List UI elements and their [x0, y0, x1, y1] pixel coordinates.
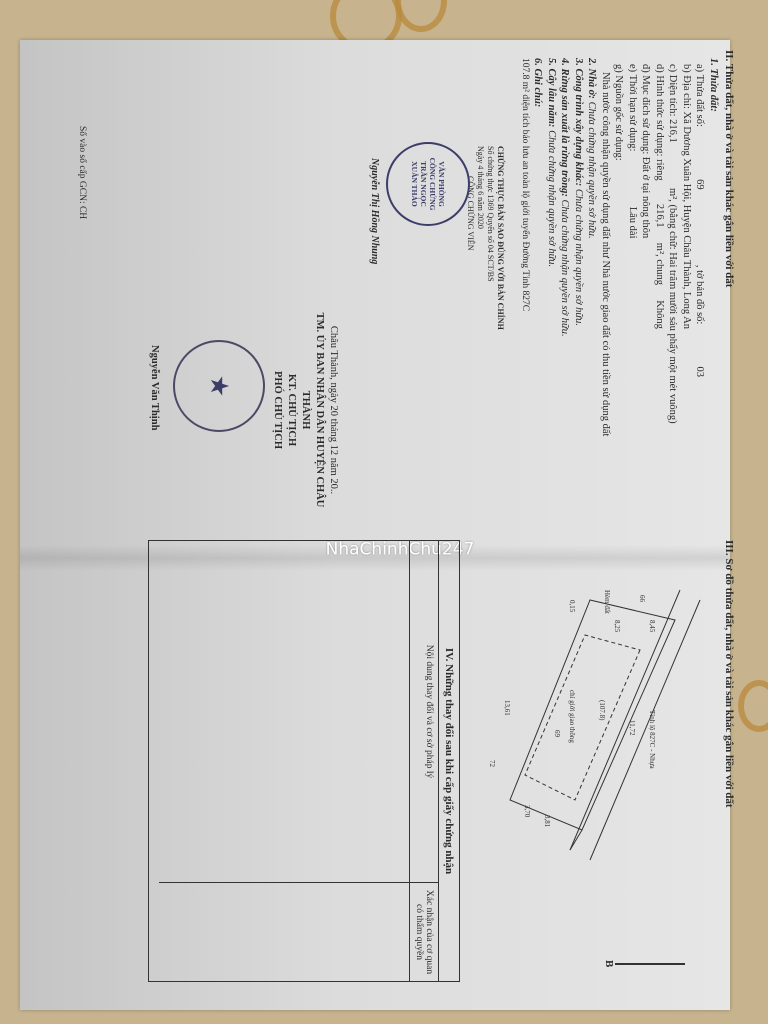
plot-number: 69	[693, 130, 707, 190]
note-heading: 6. Ghi chú:	[531, 50, 545, 520]
section-ii: II. Thửa đất, nhà ở và tài sản khác gắn …	[45, 50, 735, 520]
svg-text:69: 69	[553, 730, 561, 738]
svg-text:(107.8): (107.8)	[598, 700, 606, 721]
term-line: e) Thời hạn sử dụng: Lâu dài	[626, 50, 640, 520]
item-construction: 3. Công trình xây dựng khác: Chưa chứng …	[572, 50, 586, 520]
notary-signer: Nguyễn Thị Hồng Nhung	[369, 158, 380, 264]
svg-text:8,45: 8,45	[648, 620, 656, 633]
svg-text:66: 66	[638, 595, 646, 603]
origin-value: Nhà nước công nhận quyền sử dụng đất như…	[599, 50, 613, 472]
plot-map: Tỉnh lộ 827C - Nhựa 11,72 (107.8) chỉ gi…	[470, 580, 710, 880]
address-value: Xã Dương Xuân Hội, Huyện Châu Thành, Lon…	[681, 112, 692, 330]
official-signature-block: Châu Thành, ngày 20 tháng 12 năm 20.. TM…	[270, 300, 340, 520]
note-text: 107.8 m² diện tích bảo lưu an toàn lộ gi…	[518, 50, 532, 520]
certification-block: CHỨNG THỰC BẢN SAO ĐÚNG VỚI BẢN CHÍNH Số…	[465, 146, 505, 330]
item-perennial: 5. Cây lâu năm: Chưa chứng nhận quyền sở…	[545, 50, 559, 520]
plot-line: a) Thửa đất số: 69 , tờ bản đồ số: 03	[693, 50, 707, 520]
section-iii-title: III. Sơ đồ thửa đất, nhà ở và tài sản kh…	[723, 540, 735, 1000]
svg-text:Hẻm đất: Hẻm đất	[603, 590, 611, 614]
compass: B	[603, 960, 685, 967]
address-line: b) Địa chỉ: Xã Dương Xuân Hội, Huyện Châ…	[680, 50, 694, 520]
section-iii-iv: III. Sơ đồ thửa đất, nhà ở và tài sản kh…	[45, 540, 735, 1000]
wallpaper-swirl	[738, 680, 768, 732]
registry-note: Số vào sổ cấp GCN: CH	[77, 126, 87, 219]
sign-org: TM. ỦY BAN NHÂN DÂN HUYỆN CHÂU THÀNH	[298, 300, 326, 520]
land-heading: 1. Thửa đất:	[707, 50, 721, 520]
change-content-cell	[159, 541, 409, 883]
sign-title: PHÓ CHỦ TỊCH	[270, 300, 284, 520]
svg-text:13,61: 13,61	[503, 700, 511, 716]
notary-stamp: VĂN PHÒNG CÔNG CHỨNG TRẦN NGỌC XUÂN THẢO	[386, 142, 470, 226]
sign-place-date: Châu Thành, ngày 20 tháng 12 năm 20..	[326, 300, 340, 520]
wallpaper-swirl	[395, 0, 447, 32]
authority-confirm-cell	[159, 883, 409, 981]
svg-text:3,81: 3,81	[543, 815, 551, 828]
map-sheet-number: 03	[693, 327, 707, 377]
rotated-document: II. Thửa đất, nhà ở và tài sản khác gắn …	[45, 50, 735, 1010]
svg-text:72: 72	[488, 760, 496, 768]
item-forest: 4. Rừng sản xuất là rừng trồng: Chưa chứ…	[558, 50, 572, 520]
purpose-line: đ) Mục đích sử dụng: Đất ở tại nông thôn	[639, 50, 653, 520]
official-stamp: ★	[173, 340, 265, 432]
cert-title: CHỨNG THỰC BẢN SAO ĐÚNG VỚI BẢN CHÍNH	[495, 146, 505, 330]
official-name: Nguyễn Văn Thịnh	[149, 345, 160, 430]
cert-date: Ngày 4 tháng 6 năm 2020	[475, 146, 485, 330]
svg-text:Tỉnh lộ 827C - Nhựa: Tỉnh lộ 827C - Nhựa	[648, 710, 656, 770]
origin-label: g) Nguồn gốc sử dụng:	[612, 50, 626, 520]
sign-pp: KT. CHỦ TỊCH	[284, 300, 298, 520]
col-change-content: Nội dung thay đổi và cơ sở pháp lý	[410, 541, 438, 883]
north-arrow-icon	[615, 963, 685, 965]
item-house: 2. Nhà ở: Chưa chứng nhận quyền sở hữu.	[585, 50, 599, 520]
cert-number: Số chứng thực 1369 Quyển số 04 SCT/BS	[485, 146, 495, 330]
changes-table: IV. Những thay đổi sau khi cấp giấy chứn…	[148, 540, 460, 982]
svg-text:8,25: 8,25	[613, 620, 621, 633]
star-icon: ★	[206, 376, 232, 396]
svg-text:0,15: 0,15	[568, 600, 576, 613]
usage-form-line: d) Hình thức sử dụng: riêng 216,1 m², ch…	[653, 50, 667, 520]
compass-label: B	[603, 960, 615, 967]
svg-text:11,72: 11,72	[628, 720, 636, 736]
section-iv-title: IV. Những thay đổi sau khi cấp giấy chứn…	[438, 541, 459, 981]
section-ii-title: II. Thửa đất, nhà ở và tài sản khác gắn …	[723, 50, 735, 520]
area-line: c) Diện tích: 216,1 m², (bằng chữ: Hai t…	[666, 50, 680, 520]
svg-text:3,70: 3,70	[523, 805, 531, 818]
col-authority-confirm: Xác nhận của cơ quan có thẩm quyền	[410, 883, 438, 981]
svg-text:chỉ giới giao thông: chỉ giới giao thông	[568, 690, 576, 743]
